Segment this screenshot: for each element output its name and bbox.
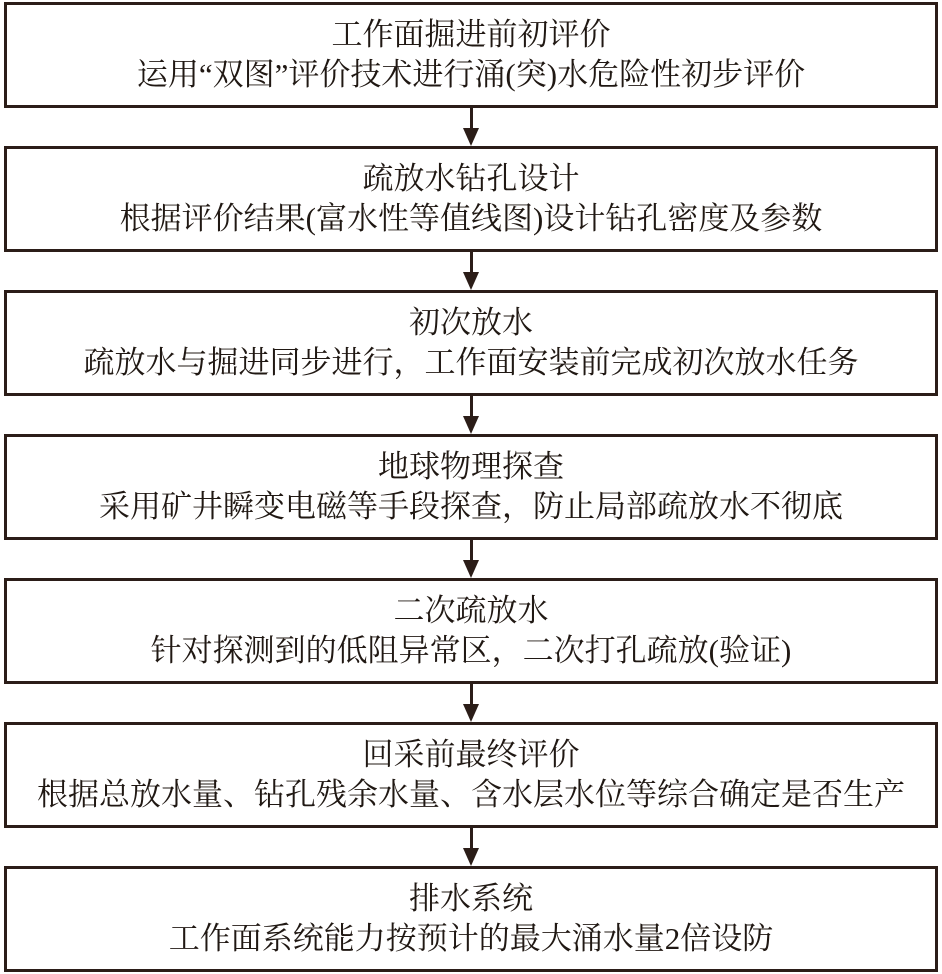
down-arrow-6: [4, 828, 938, 866]
arrow-head-icon: [463, 416, 479, 434]
step-description: 工作面系统能力按预计的最大涌水量2倍设防: [169, 922, 774, 957]
step-title: 疏放水钻孔设计: [363, 162, 580, 197]
arrow-shaft: [470, 540, 473, 560]
step-description: 疏放水与掘进同步进行，工作面安装前完成初次放水任务: [84, 346, 859, 381]
step-description: 采用矿井瞬变电磁等手段探查，防止局部疏放水不彻底: [99, 490, 843, 525]
down-arrow-2: [4, 252, 938, 290]
arrow-head-icon: [463, 704, 479, 722]
step-title: 回采前最终评价: [363, 738, 580, 773]
step-box-first-drainage: 初次放水 疏放水与掘进同步进行，工作面安装前完成初次放水任务: [4, 290, 938, 396]
step-title: 二次疏放水: [394, 594, 549, 629]
down-arrow-4: [4, 540, 938, 578]
arrow-head-icon: [463, 560, 479, 578]
step-box-borehole-design: 疏放水钻孔设计 根据评价结果(富水性等值线图)设计钻孔密度及参数: [4, 146, 938, 252]
down-arrow-3: [4, 396, 938, 434]
arrow-head-icon: [463, 272, 479, 290]
step-title: 工作面掘进前初评价: [332, 18, 611, 53]
arrow-shaft: [470, 396, 473, 416]
down-arrow-1: [4, 108, 938, 146]
step-box-second-drainage: 二次疏放水 针对探测到的低阻异常区，二次打孔疏放(验证): [4, 578, 938, 684]
step-title: 地球物理探查: [378, 450, 564, 485]
arrow-shaft: [470, 684, 473, 704]
arrow-head-icon: [463, 128, 479, 146]
step-box-geophysical-exploration: 地球物理探查 采用矿井瞬变电磁等手段探查，防止局部疏放水不彻底: [4, 434, 938, 540]
step-box-final-evaluation: 回采前最终评价 根据总放水量、钻孔残余水量、含水层水位等综合确定是否生产: [4, 722, 938, 828]
step-description: 根据评价结果(富水性等值线图)设计钻孔密度及参数: [120, 202, 823, 237]
step-description: 针对探测到的低阻异常区，二次打孔疏放(验证): [151, 634, 792, 669]
flowchart: 工作面掘进前初评价 运用“双图”评价技术进行涌(突)水危险性初步评价 疏放水钻孔…: [0, 0, 942, 974]
step-description: 根据总放水量、钻孔残余水量、含水层水位等综合确定是否生产: [37, 778, 905, 813]
step-box-drainage-system: 排水系统 工作面系统能力按预计的最大涌水量2倍设防: [4, 866, 938, 972]
step-box-initial-evaluation: 工作面掘进前初评价 运用“双图”评价技术进行涌(突)水危险性初步评价: [4, 2, 938, 108]
step-title: 排水系统: [409, 882, 533, 917]
step-description: 运用“双图”评价技术进行涌(突)水危险性初步评价: [137, 58, 805, 93]
down-arrow-5: [4, 684, 938, 722]
step-title: 初次放水: [409, 306, 533, 341]
arrow-shaft: [470, 108, 473, 128]
arrow-shaft: [470, 828, 473, 848]
arrow-head-icon: [463, 848, 479, 866]
arrow-shaft: [470, 252, 473, 272]
